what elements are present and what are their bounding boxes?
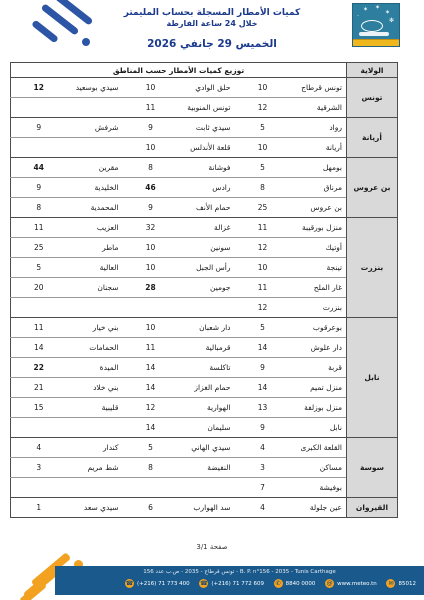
station-name: الهوارية [179, 398, 235, 418]
table-row: بنزرت12 [11, 298, 398, 318]
rain-value [11, 98, 67, 118]
rain-value [11, 418, 67, 438]
rain-value: 10 [123, 138, 179, 158]
wilaya-column-header: الولاية [347, 63, 398, 78]
rain-value: 9 [11, 178, 67, 198]
station-name: سجنان [67, 278, 123, 298]
rain-value: 10 [123, 258, 179, 278]
station-name: سيدي بوسعيد [67, 78, 123, 98]
station-name: بنزرت [291, 298, 347, 318]
rain-value: 14 [235, 378, 291, 398]
station-name: سيدي الهاني [179, 438, 235, 458]
rain-value: 12 [235, 238, 291, 258]
rain-value: 9 [235, 418, 291, 438]
contact-item: ✆8840 0000 [274, 579, 316, 588]
rain-value: 9 [123, 118, 179, 138]
rain-value: 14 [123, 418, 179, 438]
station-name: الحمامات [67, 338, 123, 358]
contact-text: www.meteo.tn [337, 581, 377, 587]
station-name: تاكلسة [179, 358, 235, 378]
station-name [67, 98, 123, 118]
rain-value: 20 [11, 278, 67, 298]
station-name: القلعة الكبرى [291, 438, 347, 458]
sms-icon: ✉ [386, 579, 395, 588]
rainfall-table-wrapper: الولاية توزيع كميات الأمطار حسب المناطق … [10, 62, 398, 518]
station-name [67, 418, 123, 438]
station-name [67, 478, 123, 498]
station-name: العزيب [67, 218, 123, 238]
station-name: سيدي سعد [67, 498, 123, 518]
rain-value: 10 [235, 258, 291, 278]
station-name: سد الهوارب [179, 498, 235, 518]
contact-text: (+216) 71 772 609 [211, 581, 264, 587]
contact-text: 8840 0000 [286, 581, 316, 587]
rain-value: 11 [123, 98, 179, 118]
table-row: بوفيشة7 [11, 478, 398, 498]
station-name: قليبية [67, 398, 123, 418]
station-name: منزل تميم [291, 378, 347, 398]
rain-value: 44 [11, 158, 67, 178]
station-name: حمام الأنف [179, 198, 235, 218]
station-name: تونس قرطاج [291, 78, 347, 98]
contact-text: (+216) 71 773 400 [137, 581, 190, 587]
rain-value: 8 [11, 198, 67, 218]
station-name: بني خيار [67, 318, 123, 338]
station-name: تونس المنوبية [179, 98, 235, 118]
rain-value [123, 478, 179, 498]
station-name [67, 298, 123, 318]
postal-address: B. P. n°156 - 2035 - Tunis Carthage - تو… [55, 569, 424, 575]
table-row: الشرقية12تونس المنوبية11 [11, 98, 398, 118]
rain-value: 3 [11, 458, 67, 478]
table-row: القيروانعين جلولة4سد الهوارب6سيدي سعد1 [11, 498, 398, 518]
rain-value: 12 [235, 98, 291, 118]
page-number: صفحة 3/1 [0, 543, 424, 551]
table-row: منزل بوزلفة13الهوارية12قليبية15 [11, 398, 398, 418]
contact-item: ☎(+216) 71 773 400 [125, 579, 190, 588]
rain-value: 9 [235, 358, 291, 378]
star-icon: ✶ [375, 5, 380, 11]
contact-item: ✉85012 [386, 579, 416, 588]
table-body: تونستونس قرطاج10حلق الوادي10سيدي بوسعيد1… [11, 78, 398, 518]
table-row: دار علوش14قرمبالية11الحمامات14 [11, 338, 398, 358]
rain-value [11, 478, 67, 498]
rain-value: 14 [235, 338, 291, 358]
station-name: سليمان [179, 418, 235, 438]
rain-value: 25 [11, 238, 67, 258]
contact-list: ☎(+216) 71 773 400☎(+216) 71 772 609✆884… [125, 579, 416, 588]
rain-value: 4 [235, 498, 291, 518]
rain-value: 21 [11, 378, 67, 398]
rain-value: 5 [235, 318, 291, 338]
wilaya-cell: أريانة [347, 118, 398, 158]
station-name: قلعة الأندلس [179, 138, 235, 158]
rainfall-report-page: { "header": { "title_line1": "كميات الأم… [0, 0, 424, 600]
table-row: بن عروس25حمام الأنف9المحمدية8 [11, 198, 398, 218]
rain-value: 1 [11, 498, 67, 518]
station-name: رأس الجبل [179, 258, 235, 278]
table-row: أوتيك12سونين10ماطر25 [11, 238, 398, 258]
rain-value: 9 [11, 118, 67, 138]
table-row: بنزرتمنزل بورقيبة11غزالة32العزيب11 [11, 218, 398, 238]
table-row: نابلبوعرقوب5دار شعبان10بني خيار11 [11, 318, 398, 338]
rain-value [11, 298, 67, 318]
rain-value: 13 [235, 398, 291, 418]
station-name: دار شعبان [179, 318, 235, 338]
station-name [179, 478, 235, 498]
rain-value: 10 [235, 138, 291, 158]
station-name: تينجة [291, 258, 347, 278]
station-name: دار علوش [291, 338, 347, 358]
website-icon: @ [325, 579, 334, 588]
rain-value: 25 [235, 198, 291, 218]
station-name: قربة [291, 358, 347, 378]
rain-value: 14 [11, 338, 67, 358]
rain-value: 5 [235, 118, 291, 138]
station-name: شط مريم [67, 458, 123, 478]
station-name: رواد [291, 118, 347, 138]
rain-value: 11 [123, 338, 179, 358]
table-row: غار الملح11جومين28سجنان20 [11, 278, 398, 298]
rain-value: 11 [11, 218, 67, 238]
contact-item: ☎(+216) 71 772 609 [199, 579, 264, 588]
rain-value: 6 [123, 498, 179, 518]
station-name: بوفيشة [291, 478, 347, 498]
table-row: أريانة10قلعة الأندلس10 [11, 138, 398, 158]
station-name: رادس [179, 178, 235, 198]
snowflake-icon: ✻ [389, 18, 394, 24]
rain-value: 10 [123, 238, 179, 258]
rain-value: 9 [123, 198, 179, 218]
station-name: جومين [179, 278, 235, 298]
table-row: منزل تميم14حمام الغزاز14بني خلاد21 [11, 378, 398, 398]
station-name: الشرقية [291, 98, 347, 118]
rain-value: 46 [123, 178, 179, 198]
rain-value: 5 [123, 438, 179, 458]
rain-value: 11 [235, 218, 291, 238]
rain-value: 4 [235, 438, 291, 458]
station-name: شرفش [67, 118, 123, 138]
station-name: قرمبالية [179, 338, 235, 358]
rain-value: 15 [11, 398, 67, 418]
station-name: عين جلولة [291, 498, 347, 518]
station-name: نابل [291, 418, 347, 438]
station-name: غار الملح [291, 278, 347, 298]
rain-value: 10 [235, 78, 291, 98]
table-row: نابل9سليمان14 [11, 418, 398, 438]
rain-value: 14 [123, 378, 179, 398]
rain-value: 14 [123, 358, 179, 378]
rain-value: 10 [123, 78, 179, 98]
contact-text: 85012 [398, 581, 416, 587]
rain-value [123, 298, 179, 318]
star-icon: ✶ [385, 10, 390, 16]
table-header-row: الولاية توزيع كميات الأمطار حسب المناطق [11, 63, 398, 78]
station-name: حمام الغزاز [179, 378, 235, 398]
rain-value: 8 [123, 458, 179, 478]
station-name: أوتيك [291, 238, 347, 258]
station-name: أريانة [291, 138, 347, 158]
footer-contact-bar: B. P. n°156 - 2035 - Tunis Carthage - تو… [55, 566, 424, 595]
rain-value: 5 [235, 158, 291, 178]
station-name [179, 298, 235, 318]
wilaya-cell: بنزرت [347, 218, 398, 318]
station-name: الميدة [67, 358, 123, 378]
station-name: مقرين [67, 158, 123, 178]
station-name: بن عروس [291, 198, 347, 218]
station-name: حلق الوادي [179, 78, 235, 98]
station-name: منزل بوزلفة [291, 398, 347, 418]
rain-value [11, 138, 67, 158]
phone-icon: ☎ [199, 579, 208, 588]
report-date: الخميس 29 جانفي 2026 [0, 38, 424, 50]
star-icon: ✶ [363, 7, 368, 13]
rain-value: 10 [123, 318, 179, 338]
station-name: فوشانة [179, 158, 235, 178]
distribution-column-header: توزيع كميات الأمطار حسب المناطق [11, 63, 347, 78]
station-name: غزالة [179, 218, 235, 238]
rain-value: 22 [11, 358, 67, 378]
station-name: مساكن [291, 458, 347, 478]
contact-item: @www.meteo.tn [325, 579, 377, 588]
station-name: المحمدية [67, 198, 123, 218]
rain-value: 7 [235, 478, 291, 498]
wilaya-cell: تونس [347, 78, 398, 118]
rain-value: 12 [123, 398, 179, 418]
table-row: أريانةرواد5سيدي ثابت9شرفش9 [11, 118, 398, 138]
station-name: العالية [67, 258, 123, 278]
table-row: تونستونس قرطاج10حلق الوادي10سيدي بوسعيد1… [11, 78, 398, 98]
rain-value: 4 [11, 438, 67, 458]
rain-value: 11 [235, 278, 291, 298]
rain-value: 5 [11, 258, 67, 278]
rain-value: 8 [123, 158, 179, 178]
table-row: بن عروسبومهل5فوشانة8مقرين44 [11, 158, 398, 178]
wilaya-cell: بن عروس [347, 158, 398, 218]
table-row: سوسةالقلعة الكبرى4سيدي الهاني5كندار4 [11, 438, 398, 458]
rain-value: 11 [11, 318, 67, 338]
station-name: الخليدية [67, 178, 123, 198]
station-name: سونين [179, 238, 235, 258]
table-row: مساكن3النفيضة8شط مريم3 [11, 458, 398, 478]
wilaya-cell: نابل [347, 318, 398, 438]
wilaya-cell: سوسة [347, 438, 398, 498]
callcenter-icon: ✆ [274, 579, 283, 588]
rain-value: 8 [235, 178, 291, 198]
wilaya-cell: القيروان [347, 498, 398, 518]
station-name [67, 138, 123, 158]
station-name: بوعرقوب [291, 318, 347, 338]
station-name: ماطر [67, 238, 123, 258]
station-name: مرناق [291, 178, 347, 198]
table-row: تينجة10رأس الجبل10العالية5 [11, 258, 398, 278]
rain-value: 28 [123, 278, 179, 298]
station-name: النفيضة [179, 458, 235, 478]
station-name: بني خلاد [67, 378, 123, 398]
station-name: كندار [67, 438, 123, 458]
station-name: بومهل [291, 158, 347, 178]
table-row: مرناق8رادس46الخليدية9 [11, 178, 398, 198]
station-name: سيدي ثابت [179, 118, 235, 138]
cloud-icon [359, 32, 389, 36]
rain-value: 3 [235, 458, 291, 478]
cyclone-icon [361, 20, 383, 32]
station-name: منزل بورقيبة [291, 218, 347, 238]
rain-value: 32 [123, 218, 179, 238]
rain-value: 12 [235, 298, 291, 318]
table-row: قربة9تاكلسة14الميدة22 [11, 358, 398, 378]
rain-value: 12 [11, 78, 67, 98]
star-icon: · [357, 14, 359, 20]
fax-icon: ☎ [125, 579, 134, 588]
rainfall-table: الولاية توزيع كميات الأمطار حسب المناطق … [10, 62, 398, 518]
